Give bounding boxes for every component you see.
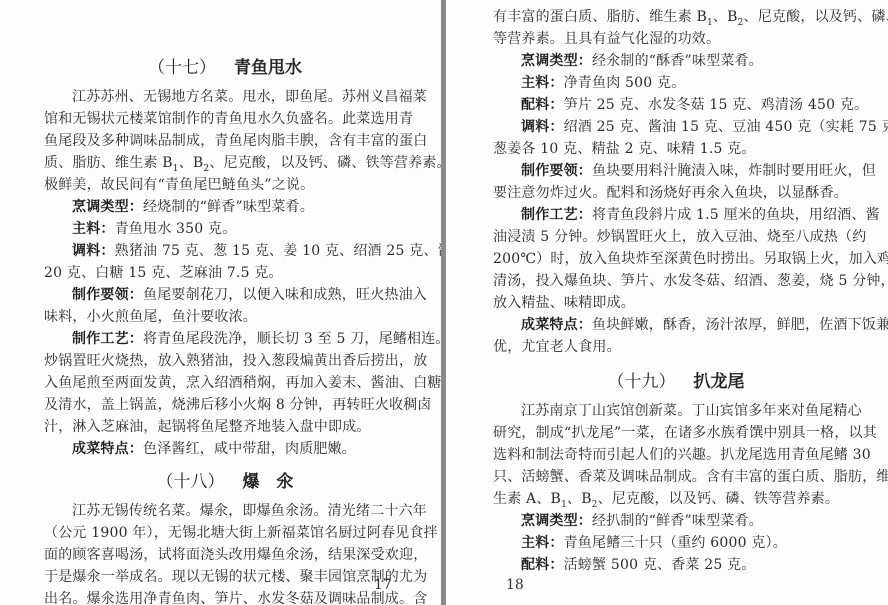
field-value: 鱼尾要剞花刀，以便入味和成熟，旺火热油入 (143, 287, 427, 303)
paragraph-line: 江苏苏州、无锡地方名菜。甩水，即鱼尾。苏州义昌福菜 (44, 86, 406, 108)
field-value: 经氽制的“酥香”味型菜肴。 (592, 53, 763, 69)
field-label: 主料： (521, 535, 564, 551)
key-points-line: 制作要领：鱼尾要剞花刀，以便入味和成熟，旺火热油入 (44, 284, 406, 306)
process-line: 制作工艺：将青鱼段斜片成 1.5 厘米的鱼块，用绍酒、酱 (493, 204, 859, 226)
right-page: 有丰富的蛋白质、脂肪、维生素 B1、B2、尼克酸，以及钙、磷、铁 等营养素。且具… (446, 0, 888, 605)
left-page-content: （十七）青鱼甩水 江苏苏州、无锡地方名菜。甩水，即鱼尾。苏州义昌福菜 馆和无锡状… (44, 50, 406, 605)
field-label: 配料： (521, 557, 564, 573)
field-value: 笋片 25 克、水发冬菇 15 克、鸡清汤 450 克。 (564, 97, 869, 113)
cooking-type-line: 烹调类型：经扒制的“鲜香”味型菜肴。 (493, 510, 859, 532)
field-label: 烹调类型： (72, 199, 143, 215)
field-label: 调料： (521, 119, 564, 135)
text: 、尼克酸，以及钙、磷、铁等营养素。 (598, 491, 839, 507)
process-line: 油浸渍 5 分钟。炒锅置旺火上，放入豆油、烧至八成热（约 (493, 226, 859, 248)
process-line: 及清水，盖上锅盖，烧沸后移小火焖 8 分钟，再转旺火收稠卤 (44, 394, 406, 416)
text: 生素 A、B (493, 491, 561, 507)
field-label: 调料： (72, 243, 115, 259)
field-value: 经扒制的“鲜香”味型菜肴。 (592, 513, 763, 529)
cooking-type-line: 烹调类型：经氽制的“酥香”味型菜肴。 (493, 50, 859, 72)
key-points-line: 味料，小火煎鱼尾，鱼汁要收浓。 (44, 306, 406, 328)
seasoning-line: 调料：熟猪油 75 克、葱 15 克、姜 10 克、绍酒 25 克、酱油 (44, 240, 406, 262)
main-ingredient-line: 主料：青鱼甩水 350 克。 (44, 218, 406, 240)
text: 、B (713, 9, 738, 25)
text: 、B (179, 155, 204, 171)
text: 、尼克酸，以及钙、磷、铁 (744, 9, 888, 25)
field-value: 熟猪油 75 克、葱 15 克、姜 10 克、绍酒 25 克、酱油 (115, 243, 466, 259)
text: 、尼克酸，以及钙、磷、铁等营养素。味 (209, 155, 465, 171)
side-ingredient-line: 配料：笋片 25 克、水发冬菇 15 克、鸡清汤 450 克。 (493, 94, 859, 116)
process-line: 200℃）时，放入鱼块炸至深黄色时捞出。另取锅上火，加入鸡 (493, 248, 859, 270)
seasoning-line: 葱姜各 10 克、精盐 2 克、味精 1.5 克。 (493, 138, 859, 160)
field-label: 制作工艺： (72, 331, 143, 347)
field-label: 烹调类型： (521, 513, 592, 529)
field-label: 主料： (521, 75, 564, 91)
side-ingredient-line: 配料：活螃蟹 500 克、香菜 25 克。 (493, 554, 859, 576)
section-title: 青鱼甩水 (234, 58, 302, 78)
seasoning-line: 20 克、白糖 15 克、芝麻油 7.5 克。 (44, 262, 406, 284)
text: 质、脂肪、维生素 B (44, 155, 173, 171)
features-line: 优，尤宜老人食用。 (493, 336, 859, 358)
field-label: 成菜特点： (521, 317, 592, 333)
paragraph-line: 面的顾客喜喝汤，试将面浇头改用爆鱼氽汤，结果深受欢迎， (44, 544, 406, 566)
paragraph-line: 选料和制法奇特而引起人们的兴趣。扒龙尾选用青鱼尾鳍 30 (493, 444, 859, 466)
section-19-heading: （十九）扒龙尾 (493, 364, 859, 400)
paragraph-line: 江苏南京丁山宾馆创新菜。丁山宾馆多年来对鱼尾精心 (493, 400, 859, 422)
field-value: 经烧制的“鲜香”味型菜肴。 (143, 199, 314, 215)
section-18-heading: （十八）爆 氽 (44, 464, 406, 500)
field-label: 制作要领： (72, 287, 143, 303)
field-value: 鱼块要用料汁腌渍入味，炸制时要用旺火，但 (592, 163, 876, 179)
paragraph-line: 生素 A、B1、B2、尼克酸，以及钙、磷、铁等营养素。 (493, 488, 859, 510)
field-value: 青鱼甩水 350 克。 (115, 221, 237, 237)
process-line: 入鱼尾煎至两面发黄，烹入绍酒稍焖，再加入姜末、酱油、白糖 (44, 372, 406, 394)
process-line: 清汤，投入爆鱼块、笋片、水发冬菇、绍酒、葱姜，烧 5 分钟，再 (493, 270, 859, 292)
section-17-heading: （十七）青鱼甩水 (44, 50, 406, 86)
paragraph-line: 研究，制成“扒龙尾”一菜，在诸多水族肴馔中别具一格，以其 (493, 422, 859, 444)
main-ingredient-line: 主料：净青鱼肉 500 克。 (493, 72, 859, 94)
cooking-type-line: 烹调类型：经烧制的“鲜香”味型菜肴。 (44, 196, 406, 218)
field-label: 烹调类型： (521, 53, 592, 69)
key-points-line: 制作要领：鱼块要用料汁腌渍入味，炸制时要用旺火，但 (493, 160, 859, 182)
field-value: 活螃蟹 500 克、香菜 25 克。 (564, 557, 756, 573)
paragraph-line: 等营养素。且具有益气化湿的功效。 (493, 28, 859, 50)
key-points-line: 要注意勿炸过火。配料和汤烧好再氽入鱼块，以显酥香。 (493, 182, 859, 204)
paragraph-line: （公元 1900 年），无锡北塘大街上新福菜馆名厨过阿春见食拌 (44, 522, 406, 544)
main-ingredient-line: 主料：青鱼尾鳍三十只（重约 6000 克）。 (493, 532, 859, 554)
process-line: 炒锅置旺火烧热，放入熟猪油，投入葱段煸黄出香后捞出，放 (44, 350, 406, 372)
field-value: 净青鱼肉 500 克。 (564, 75, 686, 91)
section-title: 爆 氽 (243, 472, 294, 492)
seasoning-line: 调料：绍酒 25 克、酱油 15 克、豆油 450 克（实耗 75 克）、 (493, 116, 859, 138)
paragraph-line: 质、脂肪、维生素 B1、B2、尼克酸，以及钙、磷、铁等营养素。味 (44, 152, 406, 174)
field-value: 将青鱼段斜片成 1.5 厘米的鱼块，用绍酒、酱 (592, 207, 880, 223)
field-value: 绍酒 25 克、酱油 15 克、豆油 450 克（实耗 75 克）、 (564, 119, 888, 135)
right-page-content: 有丰富的蛋白质、脂肪、维生素 B1、B2、尼克酸，以及钙、磷、铁 等营养素。且具… (493, 6, 859, 576)
paragraph-line: 馆和无锡状元楼菜馆制作的青鱼甩水久负盛名。此菜选用青 (44, 108, 406, 130)
left-page: （十七）青鱼甩水 江苏苏州、无锡地方名菜。甩水，即鱼尾。苏州义昌福菜 馆和无锡状… (0, 0, 441, 605)
process-line: 放入精盐、味精即成。 (493, 292, 859, 314)
field-label: 成菜特点： (72, 441, 143, 457)
process-line: 汁，淋入芝麻油，起锅将鱼尾整齐地装入盘中即成。 (44, 416, 406, 438)
field-label: 配料： (521, 97, 564, 113)
text: 有丰富的蛋白质、脂肪、维生素 B (493, 9, 707, 25)
process-line: 制作工艺：将青鱼尾段洗净，顺长切 3 至 5 刀，尾鳍相连。 (44, 328, 406, 350)
paragraph-line: 有丰富的蛋白质、脂肪、维生素 B1、B2、尼克酸，以及钙、磷、铁 (493, 6, 859, 28)
field-value: 青鱼尾鳍三十只（重约 6000 克）。 (564, 535, 787, 551)
section-number: （十九） (608, 372, 676, 392)
paragraph-line: 鱼尾段及多种调味品制成，青鱼尾肉脂丰腴，含有丰富的蛋白 (44, 130, 406, 152)
paragraph-line: 于是爆氽一举成名。现以无锡的状元楼、聚丰园馆烹制的尤为 (44, 566, 406, 588)
field-value: 色泽酱红，咸中带甜，肉质肥嫩。 (143, 441, 356, 457)
page-number: 18 (506, 577, 524, 593)
paragraph-line: 极鲜美，故民间有“青鱼尾巴鲢鱼头”之说。 (44, 174, 406, 196)
paragraph-line: 只、活螃蟹、香菜及调味品制成。含有丰富的蛋白质、脂肪，维 (493, 466, 859, 488)
paragraph-line: 出名。爆氽选用净青鱼肉、笋片、水发冬菇及调味品制成。含 (44, 588, 406, 605)
field-label: 主料： (72, 221, 115, 237)
field-value: 鱼块鲜嫩，酥香，汤汁浓厚，鲜肥，佐酒下饭兼 (592, 317, 888, 333)
field-value: 将青鱼尾段洗净，顺长切 3 至 5 刀，尾鳍相连。 (143, 331, 450, 347)
features-line: 成菜特点：鱼块鲜嫩，酥香，汤汁浓厚，鲜肥，佐酒下饭兼 (493, 314, 859, 336)
page-number: 17 (374, 577, 392, 593)
paragraph-line: 江苏无锡传统名菜。爆氽，即爆鱼氽汤。清光绪二十六年 (44, 500, 406, 522)
field-label: 制作工艺： (521, 207, 592, 223)
text: 、B (567, 491, 592, 507)
field-label: 制作要领： (521, 163, 592, 179)
section-title: 扒龙尾 (694, 372, 745, 392)
section-number: （十七） (148, 58, 216, 78)
section-number: （十八） (157, 472, 225, 492)
features-line: 成菜特点：色泽酱红，咸中带甜，肉质肥嫩。 (44, 438, 406, 460)
